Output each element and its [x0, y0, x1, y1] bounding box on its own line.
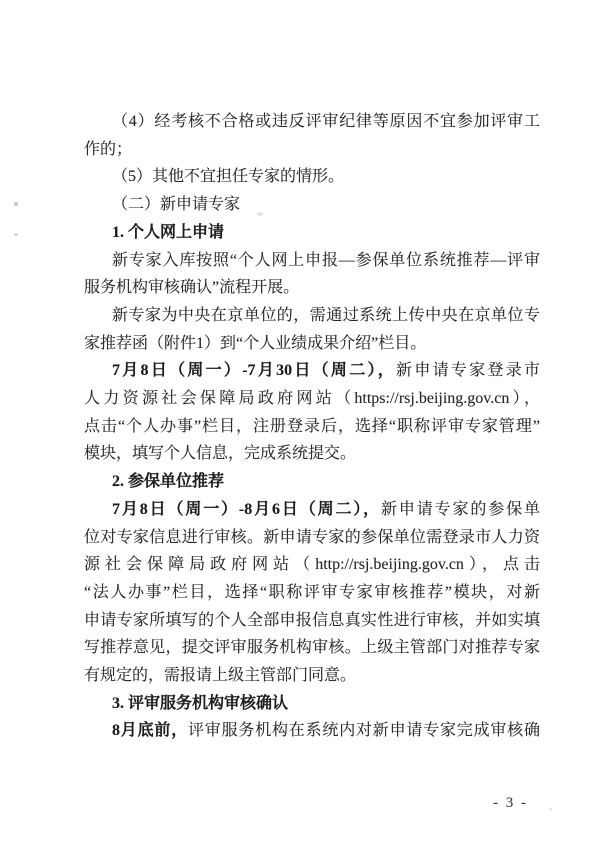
text-line: “法人办事”栏目，选择“职称评审专家审核推荐”模块，对新	[84, 579, 540, 607]
text-line: 服务机构审核确认”流程开展。	[84, 274, 540, 302]
page-number: - 3 -	[493, 795, 528, 812]
text-line: 源社会保障局政府网站（http://rsj.beijing.gov.cn），点击	[84, 551, 540, 579]
text-line: 家推荐函（附件1）到“个人业绩成果介绍”栏目。	[84, 330, 540, 358]
bold-text-segment: 2. 参保单位推荐	[112, 473, 224, 490]
scanned-document-page: （4）经考核不合格或违反评审纪律等原因不宜参加评审工作的；（5）其他不宜担任专家…	[0, 0, 600, 851]
scan-speckle	[14, 202, 18, 206]
text-segment: 申请专家所填写的个人全部申报信息真实性进行审核，并如实填	[84, 612, 540, 629]
text-line: （4）经考核不合格或违反评审纪律等原因不宜参加评审工	[84, 108, 540, 136]
text-line: （5）其他不宜担任专家的情形。	[84, 163, 540, 191]
text-line: 有规定的，需报请上级主管部门同意。	[84, 662, 540, 690]
bold-text-segment: 7月8日（周一）-8月6日（周二），	[112, 501, 381, 518]
document-body: （4）经考核不合格或违反评审纪律等原因不宜参加评审工作的；（5）其他不宜担任专家…	[84, 108, 540, 745]
text-segment: 源社会保障局政府网站（http://rsj.beijing.gov.cn），点击	[84, 556, 540, 573]
text-line: 3. 评审服务机构审核确认	[84, 690, 540, 718]
text-segment: （4）经考核不合格或违反评审纪律等原因不宜参加评审工	[112, 113, 540, 130]
text-segment: （二）新申请专家	[112, 196, 240, 213]
text-segment: 点击“个人办事”栏目，注册登录后，选择“职称评审专家管理”	[84, 418, 540, 435]
text-line: 7月8日（周一）-8月6日（周二），新申请专家的参保单	[84, 496, 540, 524]
bold-text-segment: 1. 个人网上申请	[112, 224, 224, 241]
bold-text-segment: 3. 评审服务机构审核确认	[112, 695, 288, 712]
text-segment: 人力资源社会保障局政府网站（https://rsj.beijing.gov.cn…	[84, 390, 540, 407]
text-segment: 有规定的，需报请上级主管部门同意。	[84, 667, 356, 684]
text-line: 点击“个人办事”栏目，注册登录后，选择“职称评审专家管理”	[84, 413, 540, 441]
text-segment: 模块，填写个人信息，完成系统提交。	[84, 445, 356, 462]
text-line: 8月底前，评审服务机构在系统内对新申请专家完成审核确	[84, 717, 540, 745]
scan-speckle	[14, 233, 18, 236]
text-segment: 新专家为中央在京单位的，需通过系统上传中央在京单位专	[112, 307, 540, 324]
text-segment: 位对专家信息进行审核。新申请专家的参保单位需登录市人力资	[84, 529, 540, 546]
text-segment: 评审服务机构在系统内对新申请专家完成审核确	[188, 722, 540, 739]
text-line: 模块，填写个人信息，完成系统提交。	[84, 440, 540, 468]
text-line: 7月8日（周一）-7月30日（周二），新申请专家登录市	[84, 357, 540, 385]
text-segment: （5）其他不宜担任专家的情形。	[112, 168, 344, 185]
text-line: 作的；	[84, 136, 540, 164]
text-line: 新专家入库按照“个人网上申报—参保单位系统推荐—评审	[84, 247, 540, 275]
scan-speckle	[549, 808, 552, 811]
text-line: 2. 参保单位推荐	[84, 468, 540, 496]
text-segment: 家推荐函（附件1）到“个人业绩成果介绍”栏目。	[84, 335, 426, 352]
bold-text-segment: 8月底前，	[112, 722, 188, 739]
text-line: 新专家为中央在京单位的，需通过系统上传中央在京单位专	[84, 302, 540, 330]
text-segment: 作的；	[84, 141, 132, 158]
text-line: 人力资源社会保障局政府网站（https://rsj.beijing.gov.cn…	[84, 385, 540, 413]
bold-text-segment: 7月8日（周一）-7月30日（周二），	[112, 362, 396, 379]
text-segment: 新申请专家登录市	[396, 362, 540, 379]
text-segment: “法人办事”栏目，选择“职称评审专家审核推荐”模块，对新	[84, 584, 540, 601]
text-line: 写推荐意见，提交评审服务机构审核。上级主管部门对推荐专家	[84, 634, 540, 662]
text-line: 1. 个人网上申请	[84, 219, 540, 247]
text-line: （二）新申请专家	[84, 191, 540, 219]
text-segment: 写推荐意见，提交评审服务机构审核。上级主管部门对推荐专家	[84, 639, 540, 656]
text-line: 申请专家所填写的个人全部申报信息真实性进行审核，并如实填	[84, 607, 540, 635]
text-segment: 新专家入库按照“个人网上申报—参保单位系统推荐—评审	[112, 252, 540, 269]
text-segment: 新申请专家的参保单	[381, 501, 540, 518]
scan-speckle	[257, 212, 263, 216]
text-segment: 服务机构审核确认”流程开展。	[84, 279, 299, 296]
text-line: 位对专家信息进行审核。新申请专家的参保单位需登录市人力资	[84, 524, 540, 552]
